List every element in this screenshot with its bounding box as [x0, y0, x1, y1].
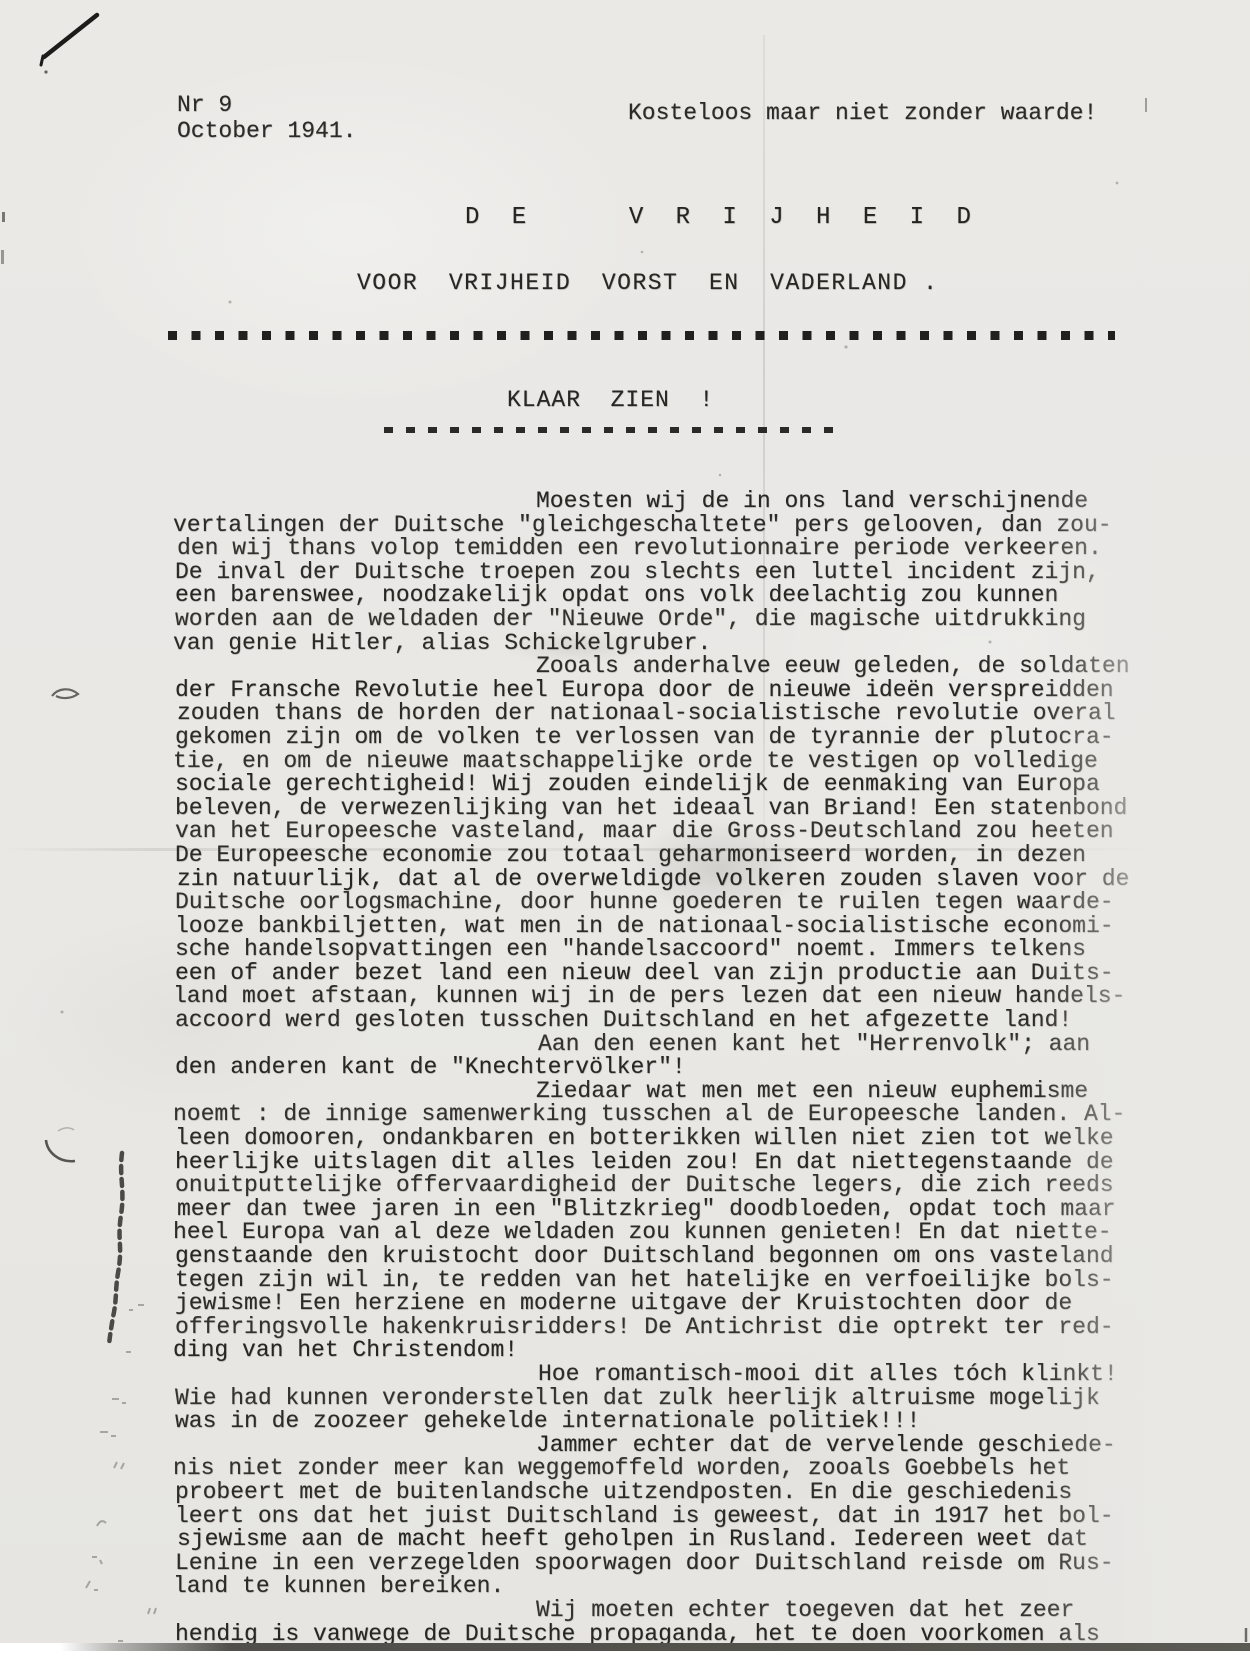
text-line: De Europeesche economie zou totaal gehar…	[175, 844, 1245, 868]
text-line: Aan den eenen kant het "Herrenvolk"; aan	[177, 1033, 1247, 1057]
text-line: heel Europa van al deze weldaden zou kun…	[173, 1221, 1243, 1245]
text-line: noemt : de innige samenwerking tusschen …	[173, 1103, 1243, 1127]
text-line: heerlijke uitslagen dit alles leiden zou…	[175, 1151, 1245, 1175]
text-line: sjewisme aan de macht heeft geholpen in …	[177, 1528, 1247, 1552]
slogan: Kosteloos maar niet zonder waarde!	[628, 100, 1097, 126]
text-line: leert ons dat het juist Duitschland is g…	[175, 1505, 1245, 1529]
text-line: sche handelsopvattingen een "handelsacco…	[175, 938, 1245, 962]
section-heading: KLAAR ZIEN !	[507, 387, 714, 413]
issue-date: October 1941.	[177, 118, 356, 144]
text-line: tie, en om de nieuwe maatschappelijke or…	[173, 750, 1243, 774]
text-line: onuitputtelijke offervaardigheid der Dui…	[175, 1174, 1245, 1198]
scan-edge-shadow	[0, 1643, 1250, 1651]
text-line: zouden thans de horden der nationaal-soc…	[177, 702, 1247, 726]
text-line: Hoe romantisch-mooi dit alles tóch klink…	[177, 1363, 1247, 1387]
text-line: meer dan twee jaren in een "Blitzkrieg" …	[177, 1198, 1247, 1222]
text-line: vertalingen der Duitsche "gleichgeschalt…	[173, 514, 1243, 538]
text-line: van het Europeesche vasteland, maar die …	[175, 820, 1245, 844]
motto: VOOR VRIJHEID VORST EN VADERLAND .	[357, 270, 939, 296]
text-line: beleven, de verwezenlijking van het idea…	[175, 797, 1245, 821]
text-line: Zooals anderhalve eeuw geleden, de solda…	[175, 655, 1245, 679]
text-line: probeert met de buitenlandsche uitzendpo…	[175, 1481, 1245, 1505]
text-line: den anderen kant de "Knechtervölker"!	[175, 1056, 1245, 1080]
text-line: accoord werd gesloten tusschen Duitschla…	[175, 1009, 1245, 1033]
dashed-underline	[384, 427, 846, 433]
text-line: den wij thans volop temidden een revolut…	[177, 537, 1247, 561]
text-line: De inval der Duitsche troepen zou slecht…	[175, 561, 1245, 585]
scanned-document-page: Nr 9 October 1941. Kosteloos maar niet z…	[0, 0, 1250, 1669]
text-line: Ziedaar wat men met een nieuw euphemisme	[175, 1080, 1245, 1104]
text-line: een of ander bezet land een nieuw deel v…	[175, 962, 1245, 986]
text-line: land te kunnen bereiken.	[173, 1575, 1243, 1599]
text-line: Moesten wij de in ons land verschijnende	[175, 490, 1245, 514]
scan-left-edge	[0, 0, 5, 1643]
issue-number: Nr 9	[177, 92, 232, 118]
text-line: tegen zijn wil in, te redden van het hat…	[175, 1269, 1245, 1293]
text-line: genstaande den kruistocht door Duitschla…	[175, 1245, 1245, 1269]
text-line: Lenine in een verzegelden spoorwagen doo…	[175, 1552, 1245, 1576]
text-line: ding van het Christendom!	[173, 1339, 1243, 1363]
article-body: Moesten wij de in ons land verschijnende…	[175, 490, 1245, 1646]
text-line: looze bankbiljetten, wat men in de natio…	[175, 915, 1245, 939]
text-line: gekomen zijn om de volken te verlossen v…	[175, 726, 1245, 750]
masthead-title: D E V R I J H E I D	[465, 204, 980, 231]
text-line: Wij moeten echter toegeven dat het zeer	[175, 1599, 1245, 1623]
dashed-separator	[168, 331, 1115, 340]
text-line: land moet afstaan, kunnen wij in de pers…	[173, 985, 1243, 1009]
text-line: der Fransche Revolutie heel Europa door …	[175, 679, 1245, 703]
text-line: zin natuurlijk, dat al de overweldigde v…	[177, 868, 1247, 892]
text-line: van genie Hitler, alias Schickelgruber.	[173, 632, 1243, 656]
text-line: jewisme! Een herziene en moderne uitgave…	[175, 1292, 1245, 1316]
text-line: offeringsvolle hakenkruisridders! De Ant…	[175, 1316, 1245, 1340]
text-line: Duitsche oorlogsmachine, door hunne goed…	[175, 891, 1245, 915]
text-line: leen domooren, ondankbaren en botterikke…	[175, 1127, 1245, 1151]
text-line: nis niet zonder meer kan weggemoffeld wo…	[173, 1457, 1243, 1481]
text-line: een barenswee, noodzakelijk opdat ons vo…	[175, 584, 1245, 608]
text-line: Jammer echter dat de vervelende geschied…	[175, 1434, 1245, 1458]
text-line: sociale gerechtigheid! Wij zouden eindel…	[175, 773, 1245, 797]
text-line: was in de zoozeer gehekelde internationa…	[175, 1410, 1245, 1434]
text-line: Wie had kunnen veronderstellen dat zulk …	[175, 1387, 1245, 1411]
text-line: worden aan de weldaden der "Nieuwe Orde"…	[175, 608, 1245, 632]
